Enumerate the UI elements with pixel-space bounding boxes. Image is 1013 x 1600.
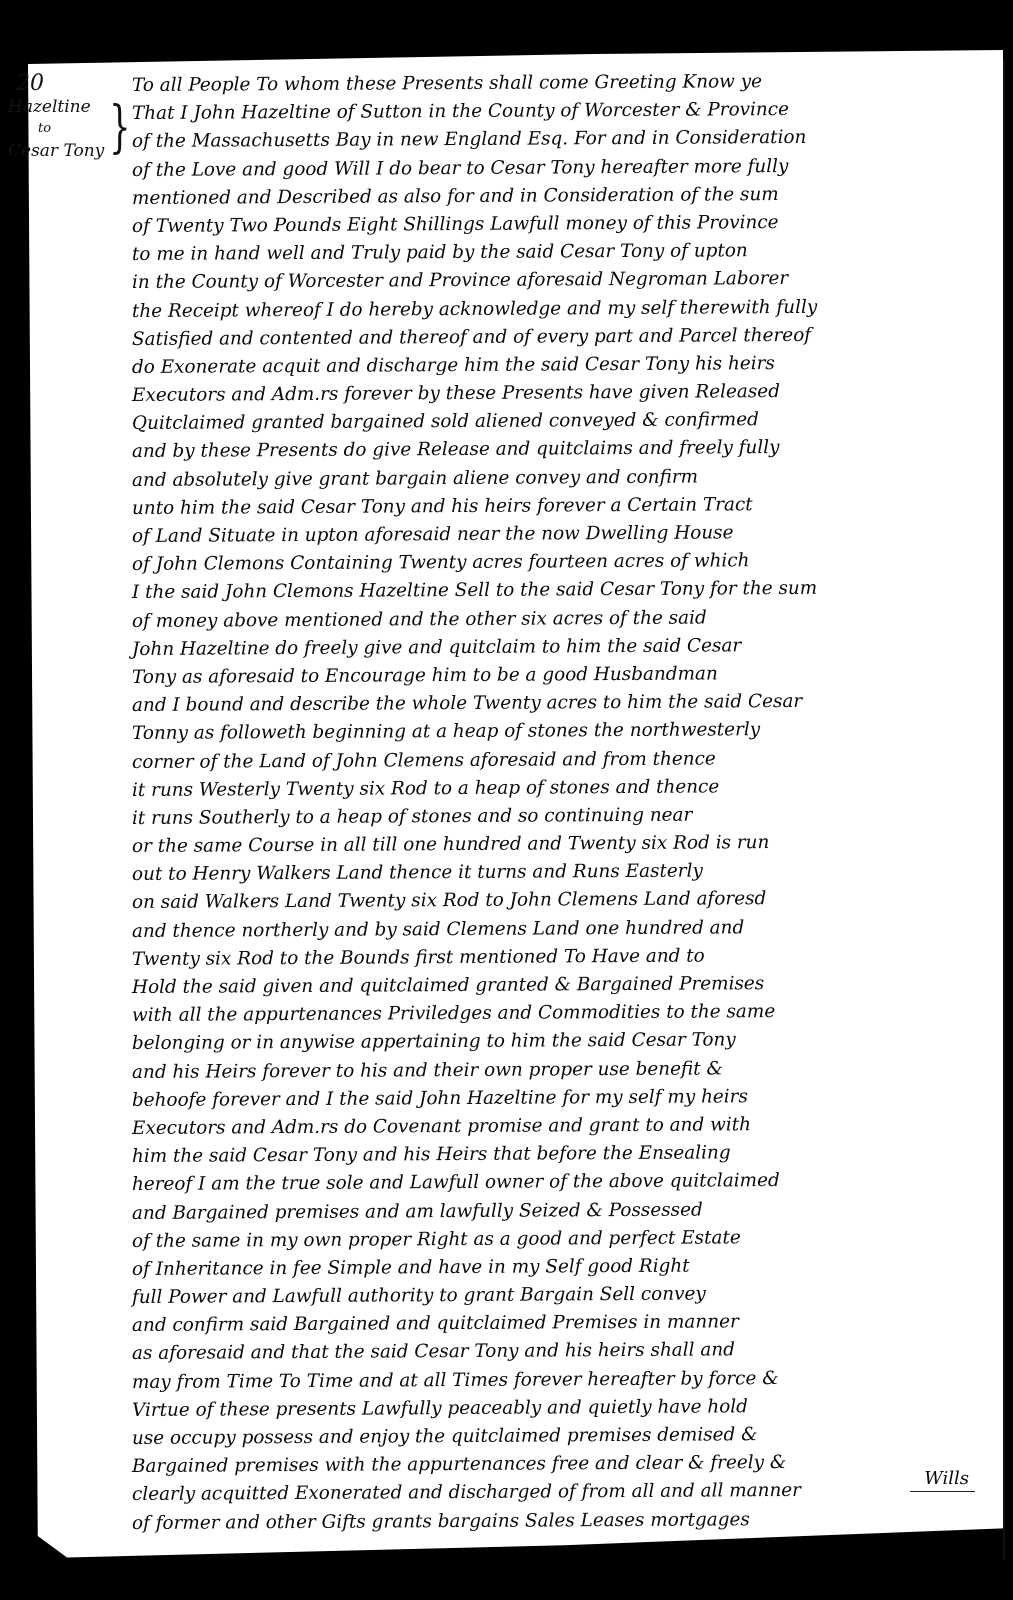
text-line: I the said John Clemons Hazeltine Sell t… xyxy=(132,574,962,607)
grantor-name: Hazeltine xyxy=(8,96,120,118)
connector-word: to xyxy=(8,118,120,140)
text-line: and by these Presents do give Release an… xyxy=(132,433,962,466)
deed-body-text: To all People To whom these Presents sha… xyxy=(132,72,962,1538)
text-line: hereof I am the true sole and Lawfull ow… xyxy=(132,1166,962,1199)
text-line: belonging or in anywise appertaining to … xyxy=(132,1025,962,1058)
text-line: clearly acquitted Exonerated and dischar… xyxy=(132,1476,962,1509)
margin-annotation: 20 Hazeltine to Cesar Tony } xyxy=(8,72,138,162)
page-number: 20 xyxy=(16,72,138,96)
curly-brace-icon: } xyxy=(109,100,130,156)
text-line: as aforesaid and that the said Cesar Ton… xyxy=(132,1335,962,1368)
deed-record: 20 Hazeltine to Cesar Tony } To all Peop… xyxy=(0,50,1013,1582)
text-line: on said Walkers Land Twenty six Rod to J… xyxy=(132,884,962,917)
text-line: of former and other Gifts grants bargain… xyxy=(132,1504,962,1537)
grantee-name: Cesar Tony xyxy=(8,140,120,162)
text-line: in the County of Worcester and Province … xyxy=(132,264,962,297)
text-line: Tonny as followeth beginning at a heap o… xyxy=(132,715,962,748)
deed-parties-note: Hazeltine to Cesar Tony } xyxy=(8,96,138,162)
text-line: of the Massachusetts Bay in new England … xyxy=(132,123,962,156)
catchword: Wills xyxy=(910,1468,975,1492)
